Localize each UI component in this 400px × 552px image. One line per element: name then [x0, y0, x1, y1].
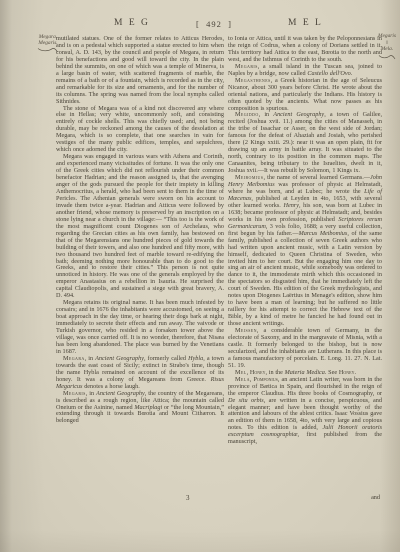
running-head-left: M E G [114, 18, 150, 28]
text-segment: Macriplagi [134, 404, 162, 411]
paragraph: to Ionia or Attica, until it was taken b… [228, 36, 382, 64]
text-segment: , the name of several learned Germans.— [263, 174, 370, 181]
text-segment: Megara retains its original name. It has… [56, 299, 224, 355]
text-segment: Ancient Geography [96, 390, 145, 397]
text-segment: Marcus Meibomius [299, 230, 348, 237]
text-segment: The stone of Megara was of a kind not di… [56, 105, 224, 154]
page-header: M E G [ 492 ] M E L [0, 18, 400, 32]
text-segment: , in [85, 355, 95, 362]
text-column-right: to Ionia or Attica, until it was taken b… [228, 36, 382, 446]
paragraph: Megara, in Ancient Geography, formerly c… [56, 356, 224, 391]
entry-headword: Meissen [235, 327, 257, 334]
book-page-scan: M E G [ 492 ] M E L Megara, Megaris. Meg… [0, 0, 400, 552]
text-segment: Megara was engaged in various wars with … [56, 153, 224, 299]
entry-headword: Megaris [63, 390, 86, 397]
text-segment: De situ orbis [228, 397, 264, 404]
running-head-right: M E L [288, 18, 323, 28]
page-number: [ 492 ] [196, 19, 232, 29]
paragraph: Megaris, a small island in the Tuscan se… [228, 64, 382, 78]
paragraph: Megara retains its original name. It has… [56, 300, 224, 356]
paragraph: mutilated statues. One of the former rel… [56, 36, 224, 106]
paragraph: Megara was engaged in various wars with … [56, 154, 224, 300]
text-segment: Ancient Geography [273, 111, 324, 118]
text-segment: , in the [265, 369, 284, 376]
catchword: and [300, 494, 380, 501]
entry-headword: Megara [63, 355, 85, 362]
entry-headword: Meibomius [235, 174, 263, 181]
text-segment: Ancient Geography [95, 355, 144, 362]
entry-headword: Megasthenes [235, 77, 271, 84]
text-segment: , in [259, 111, 274, 118]
entry-headword: Megiddo [235, 111, 259, 118]
signature-mark: 3 [186, 494, 190, 502]
text-segment: Honey [339, 369, 355, 376]
text-segment: mutilated statues. One of the former rel… [56, 35, 224, 105]
text-column-left: mutilated statues. One of the former rel… [56, 36, 224, 425]
paragraph: Meissen, a considerable town of Germany,… [228, 328, 382, 370]
text-segment: , a town of Galilee, recited (Joshua xvi… [228, 111, 382, 174]
text-segment: , of the same family, published a collec… [228, 230, 382, 327]
text-segment: , formerly called [144, 355, 188, 362]
entry-headword: Mela [235, 376, 250, 383]
paragraph: The stone of Megara was of a kind not di… [56, 106, 224, 155]
text-segment: , in [86, 390, 96, 397]
text-segment: . [351, 70, 353, 77]
text-segment: . See [325, 369, 339, 376]
text-segment: Castello dell'Ovo [307, 70, 350, 77]
text-segment: Honey [250, 369, 266, 376]
text-segment: Henry [283, 202, 298, 209]
text-segment: Hybla [188, 355, 203, 362]
paragraph: Megaris, in Ancient Geography, the count… [56, 391, 224, 426]
paragraph: Meibomius, the name of several learned G… [228, 175, 382, 328]
text-segment: , a considerable town of Germany, in the… [228, 327, 382, 369]
text-segment: Pomponius [254, 376, 278, 383]
text-segment: . [354, 369, 356, 376]
paragraph: Megiddo, in Ancient Geography, a town of… [228, 112, 382, 175]
entry-headword: Mel [235, 369, 247, 376]
text-segment: denotes a horse laugh. [82, 383, 139, 390]
entry-headword: Megaris [235, 63, 258, 70]
text-segment: Materia Medica [285, 369, 325, 376]
paragraph: Mela, Pomponius, an ancient Latin writer… [228, 377, 382, 447]
paragraph: Megasthenes, a Greek historian in the ag… [228, 78, 382, 113]
text-segment: to Ionia or Attica, until it was taken b… [228, 35, 382, 63]
